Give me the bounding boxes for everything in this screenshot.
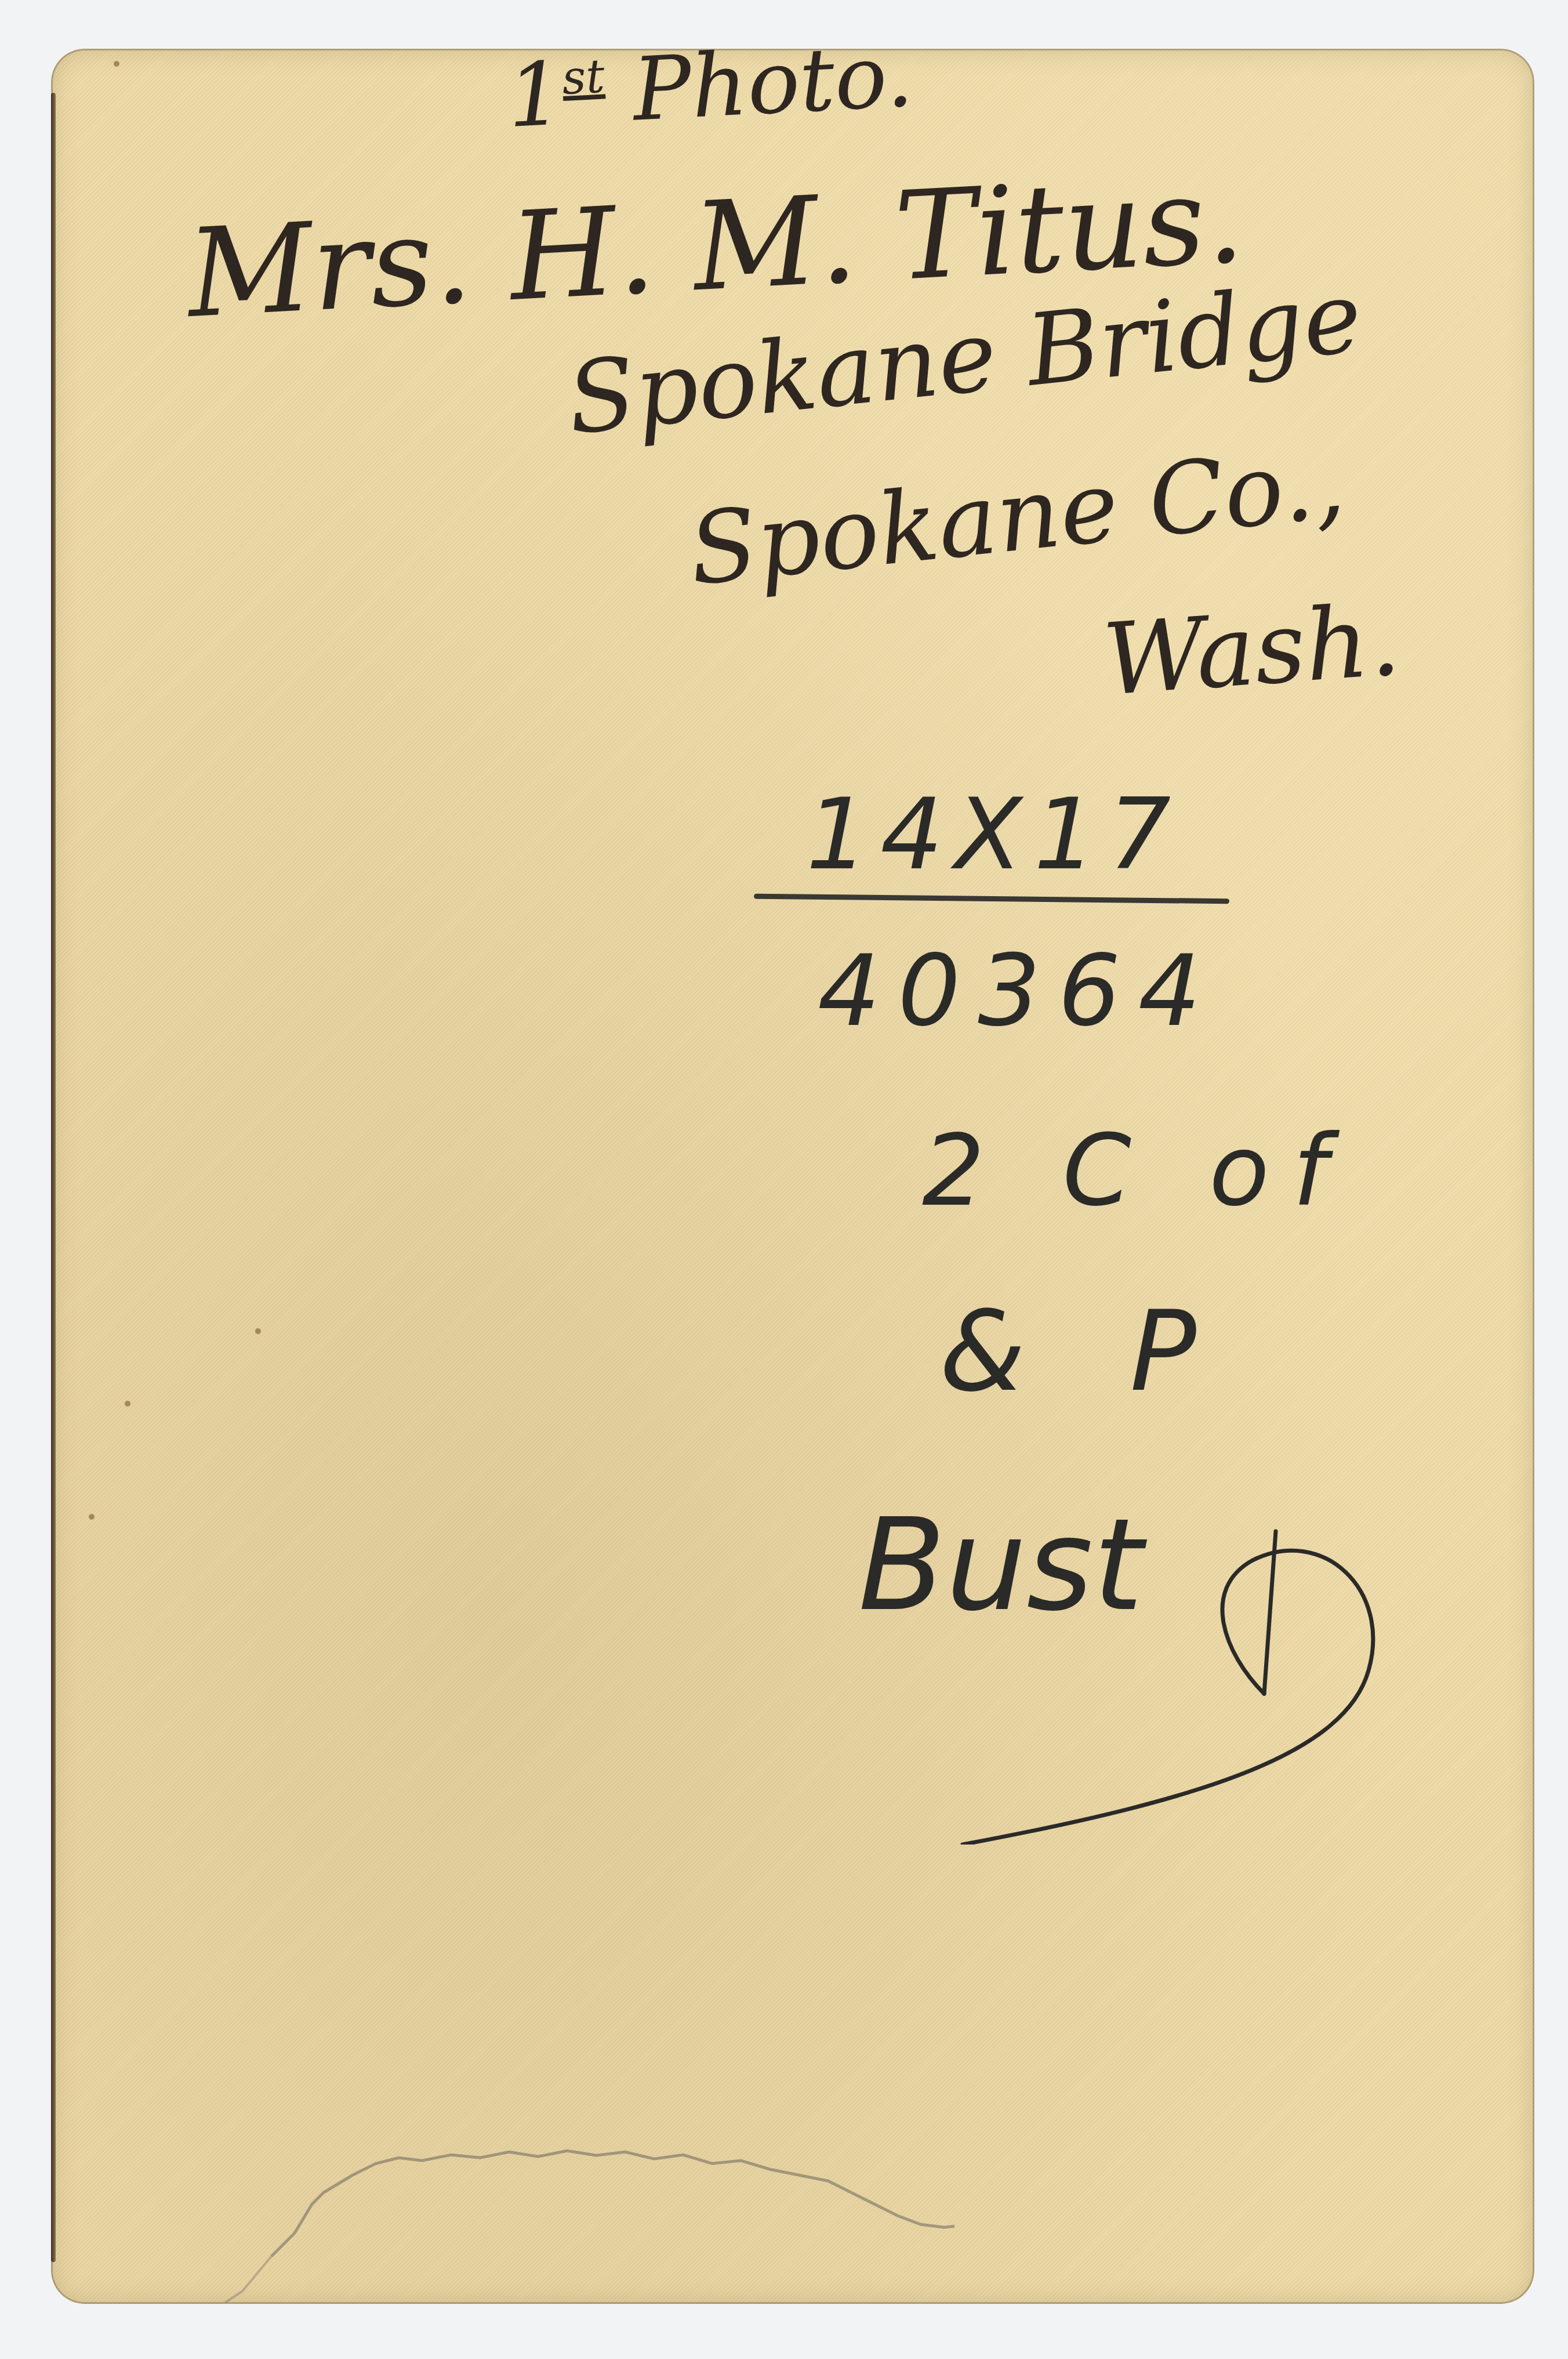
foxing-spot (255, 1328, 261, 1334)
photo-order-line: 1st Photo. (505, 26, 916, 147)
copies-note: 2 C of (922, 1114, 1351, 1229)
order-number: 1 (505, 44, 565, 147)
card-edge (51, 93, 56, 2262)
foxing-spot (114, 61, 119, 67)
foxing-spot (89, 1514, 95, 1520)
negative-number: 40364 (818, 934, 1218, 1049)
print-size: 14X17 (806, 777, 1182, 892)
foxing-spot (125, 1401, 130, 1407)
address-state: Wash. (1099, 583, 1404, 718)
process-note: & P (939, 1288, 1231, 1416)
order-suffix: st (561, 49, 606, 105)
order-label: Photo. (630, 26, 916, 141)
paper-tear-line (51, 2082, 1534, 2303)
signature-flourish (951, 1520, 1427, 1845)
